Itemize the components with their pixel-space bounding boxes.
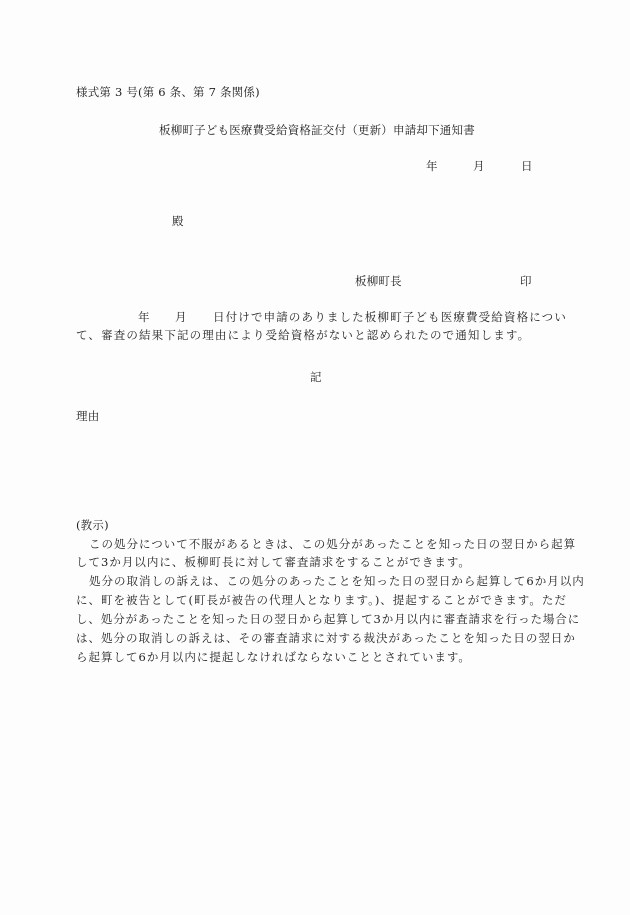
document-page: 様式第 3 号(第 6 条、第 7 条関係) 板柳町子ども医療費受給資格証交付（… — [0, 0, 630, 915]
addressee-suffix: 殿 — [172, 213, 184, 229]
date-year-label: 年 — [426, 158, 438, 174]
date-day-label: 日 — [521, 158, 533, 174]
instruction-para2-line2: に、町を被告として(町長が被告の代理人となります。)、提起することができます。た… — [76, 592, 567, 608]
date-month-label: 月 — [473, 158, 485, 174]
issuer-name: 板柳町長 — [355, 273, 402, 289]
document-title: 板柳町子ども医療費受給資格証交付（更新）申請却下通知書 — [159, 122, 475, 138]
body-month-label: 月 — [175, 309, 187, 325]
body-year-label: 年 — [138, 309, 150, 325]
instruction-para2-line1: 処分の取消しの訴えは、この処分のあったことを知った日の翌日から起算して6か月以内 — [89, 573, 585, 589]
instruction-heading: (教示) — [76, 517, 109, 533]
instruction-para2-line5: ら起算して6か月以内に提起しなければならないこととされています。 — [76, 649, 471, 665]
seal-mark: 印 — [520, 273, 532, 289]
body-text-line-2: て、審査の結果下記の理由により受給資格がないと認められたので通知します。 — [76, 327, 530, 343]
ki-heading: 記 — [310, 369, 322, 385]
instruction-para2-line3: し、処分があったことを知った日の翌日から起算して3か月以内に審査請求を行った場合… — [76, 611, 580, 627]
form-number: 様式第 3 号(第 6 条、第 7 条関係) — [76, 84, 260, 100]
body-text-line-1: 日付けで申請のありました板柳町子ども医療費受給資格につい — [213, 309, 567, 325]
reason-label: 理由 — [76, 408, 99, 424]
instruction-para2-line4: は、処分の取消しの訴えは、その審査請求に対する裁決があったことを知った日の翌日か — [76, 630, 576, 646]
instruction-para1-line1: この処分について不服があるときは、この処分があったことを知った日の翌日から起算 — [89, 536, 576, 552]
instruction-para1-line2: して3か月以内に、板柳町長に対して審査請求をすることができます。 — [76, 554, 471, 570]
